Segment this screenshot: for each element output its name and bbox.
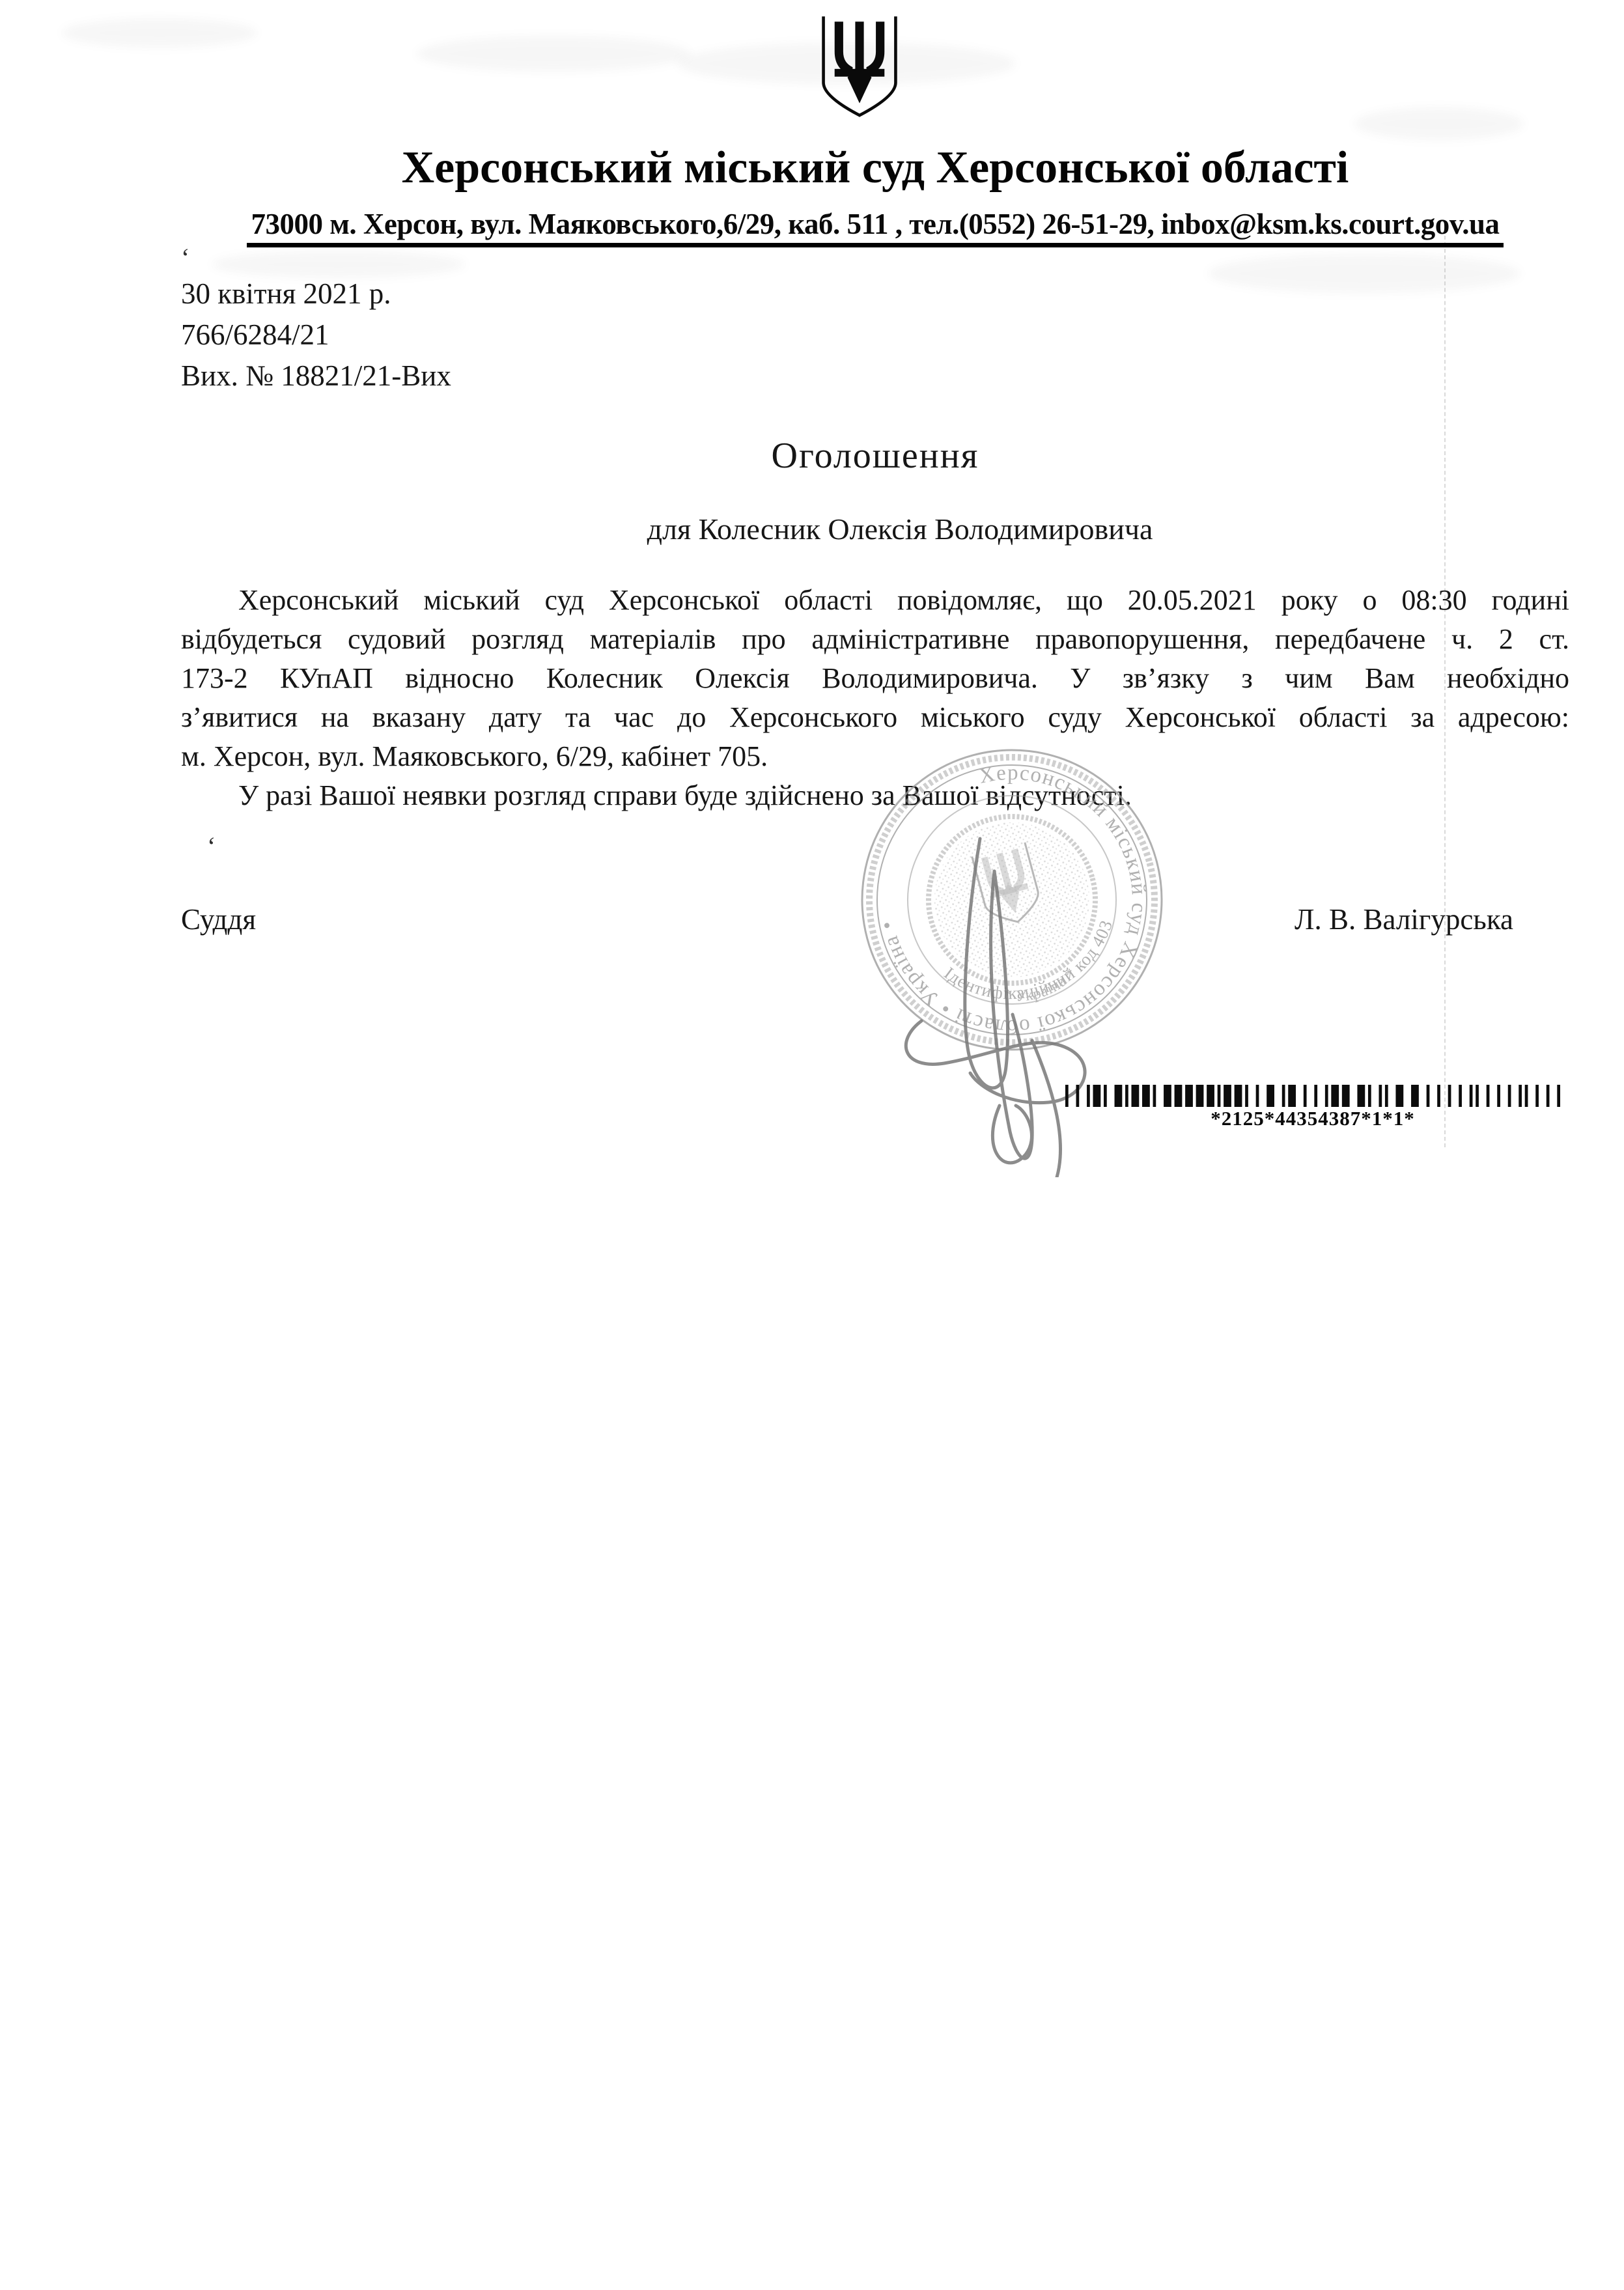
judge-role-label: Суддя (181, 902, 256, 936)
scan-smudge (1208, 254, 1520, 293)
outgoing-number: Вих. № 18821/21-Вих (181, 356, 451, 397)
court-name-header: Херсонський міський суд Херсонської обла… (181, 142, 1569, 194)
reference-block: 30 квітня 2021 р. 766/6284/21 Вих. № 188… (181, 273, 451, 397)
scan-smudge (62, 18, 257, 48)
scanned-court-document: { "document": { "court_name": "Херсонськ… (0, 0, 1624, 2290)
scan-mark-apostrophe: ‘ (207, 831, 216, 861)
scan-smudge (417, 36, 690, 72)
court-address-text: 73000 м. Херсон, вул. Маяковського,6/29,… (247, 207, 1503, 247)
court-address-line: 73000 м. Херсон, вул. Маяковського,6/29,… (181, 207, 1569, 247)
document-heading: Оголошення (181, 435, 1569, 477)
scan-mark-apostrophe: ‘ (181, 242, 189, 273)
body-line: відбудеться судовий розгляд матеріалів п… (181, 620, 1569, 659)
ukraine-trident-emblem (817, 14, 903, 122)
body-line: Херсонський міський суд Херсонської обла… (181, 581, 1569, 620)
addressee-line: для Колесник Олексія Володимировича (181, 512, 1569, 546)
document-date: 30 квітня 2021 р. (181, 273, 451, 314)
trident-icon (817, 14, 903, 122)
case-number: 766/6284/21 (181, 314, 451, 356)
document-barcode (1065, 1085, 1560, 1107)
barcode-bars-icon (1065, 1085, 1560, 1107)
body-line: 173-2 КУпАП відносно Колесник Олексія Во… (181, 659, 1569, 698)
barcode-number: *2125*44354387*1*1* (1065, 1107, 1560, 1130)
body-line: з’явитися на вказану дату та час до Херс… (181, 698, 1569, 737)
judge-name: Л. В. Валігурська (1295, 902, 1513, 936)
scan-smudge (1354, 107, 1524, 140)
addressee-text: для Колесник Олексія Володимировича (647, 512, 1153, 546)
